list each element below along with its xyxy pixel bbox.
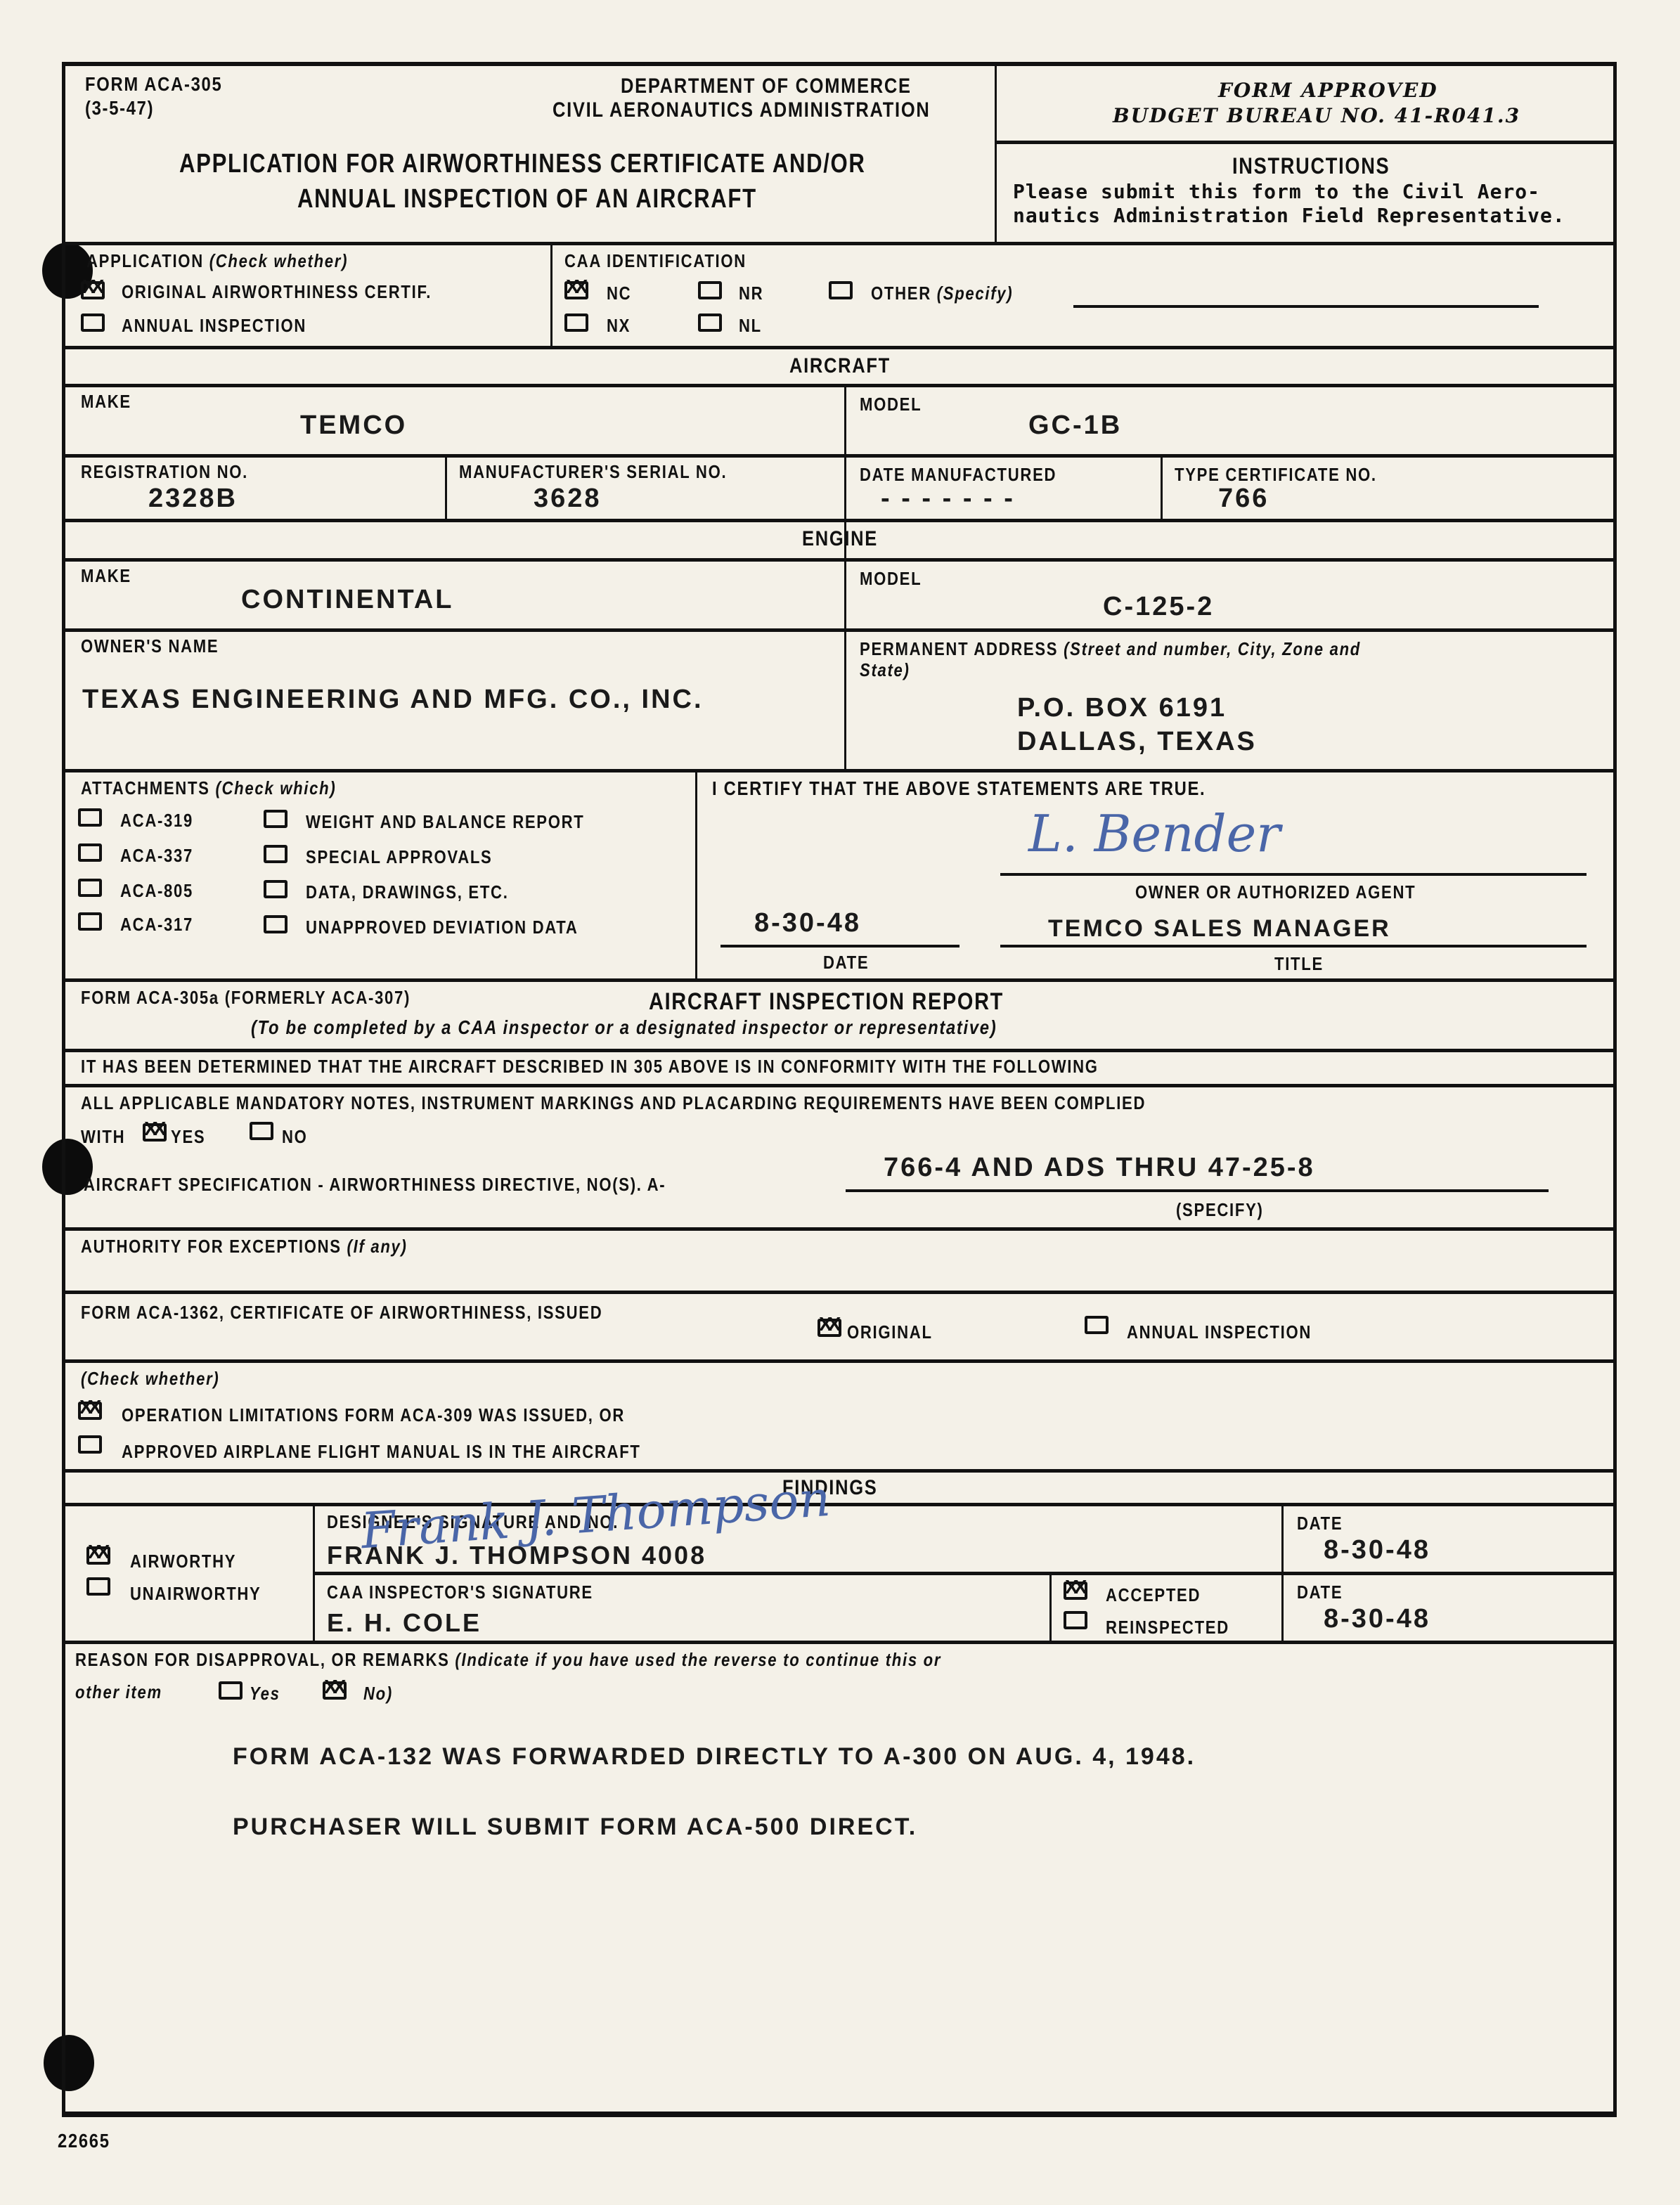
checkbox-complied-yes[interactable] [143,1123,167,1142]
reinspected-label: REINSPECTED [1106,1617,1229,1638]
option-other: OTHER (Specify) [871,283,1013,304]
aircraft-model-value: GC-1B [1028,410,1122,441]
inspection-report-subtitle: (To be completed by a CAA inspector or a… [251,1016,997,1039]
administration: CIVIL AERONAUTICS ADMINISTRATION [553,98,930,122]
unairworthy-label: UNAIRWORTHY [130,1583,261,1605]
checkbox-aca-337[interactable] [78,843,102,862]
mandatory-notes-statement: ALL APPLICABLE MANDATORY NOTES, INSTRUME… [81,1092,1146,1114]
reverse-no-label: No) [363,1683,393,1705]
engine-section-title: ENGINE [802,527,878,551]
with-label: WITH [81,1126,125,1148]
attachment-aca-337: ACA-337 [120,845,193,867]
checkbox-aca-317[interactable] [78,912,102,931]
checkbox-reinspected[interactable] [1064,1611,1087,1629]
aircraft-model-label: MODEL [860,394,922,415]
form-number: FORM ACA-305 [85,73,222,96]
checkbox-nc[interactable] [564,281,588,299]
check-whether-hint: (Check whether) [81,1368,219,1390]
checkbox-nx[interactable] [564,313,588,332]
checkbox-data-drawings[interactable] [264,880,287,898]
checkbox-reverse-yes[interactable] [219,1681,243,1700]
address-line2: DALLAS, TEXAS [1017,727,1257,757]
date-manufactured-value: - - - - - - - [881,484,1015,514]
attachment-special-approvals: SPECIAL APPROVALS [306,846,493,868]
airworthiness-application-form: FORM ACA-305 (3-5-47) DEPARTMENT OF COMM… [62,62,1617,2117]
checkbox-unairworthy[interactable] [86,1577,110,1596]
option-nx: NX [607,315,631,337]
checkbox-other[interactable] [829,281,853,299]
exceptions-label: AUTHORITY FOR EXCEPTIONS (If any) [81,1236,408,1257]
spec-label: AIRCRAFT SPECIFICATION - AIRWORTHINESS D… [84,1174,666,1196]
designee-date: 8-30-48 [1324,1535,1430,1565]
checkbox-complied-no[interactable] [250,1122,273,1140]
instructions-line1: Please submit this form to the Civil Aer… [1013,180,1540,203]
instructions-line2: nautics Administration Field Representat… [1013,204,1565,227]
checkbox-cert-annual[interactable] [1085,1316,1109,1334]
date-caption: DATE [823,952,869,974]
checkbox-aca-805[interactable] [78,879,102,897]
reverse-yes-label: Yes [250,1683,280,1705]
option-nc: NC [607,283,631,304]
checkbox-reverse-no[interactable] [323,1681,347,1700]
checkbox-original-airworthiness[interactable] [81,281,105,299]
engine-model-value: C-125-2 [1103,592,1214,622]
remarks-line1: FORM ACA-132 WAS FORWARDED DIRECTLY TO A… [233,1743,1196,1771]
application-label: APPLICATION (Check whether) [86,250,348,272]
checkbox-unapproved-deviation[interactable] [264,915,287,933]
inspection-report-title: AIRCRAFT INSPECTION REPORT [649,988,1004,1016]
engine-make-label: MAKE [81,565,131,587]
aircraft-make-value: TEMCO [300,410,407,441]
designee-date-label: DATE [1297,1513,1343,1534]
attachment-weight-balance: WEIGHT AND BALANCE REPORT [306,811,585,833]
address-line1: P.O. BOX 6191 [1017,693,1227,723]
checkbox-annual-inspection[interactable] [81,313,105,332]
checkbox-special-approvals[interactable] [264,845,287,863]
permanent-address-hint: State) [860,659,910,681]
form-approved: FORM APPROVED [1218,79,1438,102]
registration-label: REGISTRATION NO. [81,461,248,483]
operation-limitations-label: OPERATION LIMITATIONS FORM ACA-309 WAS I… [122,1404,625,1426]
budget-bureau-number: BUDGET BUREAU NO. 41-R041.3 [1113,104,1520,127]
cert-annual-label: ANNUAL INSPECTION [1127,1321,1312,1343]
checkbox-flight-manual[interactable] [78,1435,102,1454]
attachment-aca-317: ACA-317 [120,914,193,936]
checkbox-accepted[interactable] [1064,1582,1087,1600]
checkbox-nl[interactable] [698,313,722,332]
accepted-label: ACCEPTED [1106,1584,1201,1606]
remarks-other-item: other item [75,1681,162,1703]
instructions-heading: INSTRUCTIONS [1232,153,1390,179]
owner-name-label: OWNER'S NAME [81,635,219,657]
attachment-unapproved-deviation: UNAPPROVED DEVIATION DATA [306,917,579,938]
form-date: (3-5-47) [85,97,154,119]
option-original-airworthiness: ORIGINAL AIRWORTHINESS CERTIF. [122,281,432,303]
serial-value: 3628 [534,484,602,514]
department: DEPARTMENT OF COMMERCE [621,75,912,98]
checkbox-operation-limitations[interactable] [78,1402,102,1420]
registration-value: 2328B [148,484,238,514]
type-certificate-value: 766 [1218,484,1269,514]
spec-value[interactable]: 766-4 AND ADS THRU 47-25-8 [884,1153,1315,1183]
owner-signature: L. Bender [1028,804,1281,863]
attachment-aca-805: ACA-805 [120,880,193,902]
complied-no-label: NO [282,1126,308,1148]
inspector-date: 8-30-48 [1324,1604,1430,1634]
form-title-line2: ANNUAL INSPECTION OF AN AIRCRAFT [297,184,757,214]
conformity-statement: IT HAS BEEN DETERMINED THAT THE AIRCRAFT… [81,1056,1099,1078]
date-manufactured-label: DATE MANUFACTURED [860,464,1057,486]
owner-name-value: TEXAS ENGINEERING AND MFG. CO., INC. [82,685,704,715]
checkbox-airworthy[interactable] [86,1546,110,1565]
title-caption: TITLE [1274,953,1324,975]
type-certificate-label: TYPE CERTIFICATE NO. [1175,464,1377,486]
remarks-label: REASON FOR DISAPPROVAL, OR REMARKS (Indi… [75,1649,941,1671]
specify-caption: (SPECIFY) [1176,1199,1264,1221]
caa-identification-label: CAA IDENTIFICATION [564,250,747,272]
engine-make-value: CONTINENTAL [241,585,454,615]
attachments-label: ATTACHMENTS (Check which) [81,777,336,799]
certification-date: 8-30-48 [754,908,861,938]
owner-agent-caption: OWNER OR AUTHORIZED AGENT [1135,881,1416,903]
aircraft-make-label: MAKE [81,391,131,413]
inspection-form-ref: FORM ACA-305a (FORMERLY ACA-307) [81,987,411,1009]
cert-original-label: ORIGINAL [847,1321,933,1343]
form-title-line1: APPLICATION FOR AIRWORTHINESS CERTIFICAT… [179,149,866,179]
serial-label: MANUFACTURER'S SERIAL NO. [459,461,727,483]
certificate-issued-label: FORM ACA-1362, CERTIFICATE OF AIRWORTHIN… [81,1302,602,1324]
document-number: 22665 [58,2130,110,2152]
aircraft-section-title: AIRCRAFT [789,354,891,378]
option-annual-inspection: ANNUAL INSPECTION [122,315,306,337]
option-nl: NL [739,315,762,337]
airworthy-label: AIRWORTHY [130,1551,236,1572]
caa-inspector-name: E. H. COLE [327,1608,482,1638]
inspector-date-label: DATE [1297,1582,1343,1603]
caa-inspector-label: CAA INSPECTOR'S SIGNATURE [327,1582,593,1603]
attachment-data-drawings: DATA, DRAWINGS, ETC. [306,881,509,903]
permanent-address-label: PERMANENT ADDRESS (Street and number, Ci… [860,638,1361,660]
agent-title: TEMCO SALES MANAGER [1048,915,1391,943]
option-nr: NR [739,283,763,304]
checkbox-aca-319[interactable] [78,808,102,827]
checkbox-nr[interactable] [698,281,722,299]
flight-manual-label: APPROVED AIRPLANE FLIGHT MANUAL IS IN TH… [122,1441,641,1463]
attachment-aca-319: ACA-319 [120,810,193,832]
engine-model-label: MODEL [860,568,922,590]
other-specify-field[interactable] [1073,305,1539,308]
checkbox-cert-original[interactable] [818,1319,841,1337]
remarks-line2: PURCHASER WILL SUBMIT FORM ACA-500 DIREC… [233,1813,917,1841]
checkbox-weight-balance[interactable] [264,810,287,828]
certify-statement: I CERTIFY THAT THE ABOVE STATEMENTS ARE … [712,777,1206,800]
complied-yes-label: YES [171,1126,205,1148]
